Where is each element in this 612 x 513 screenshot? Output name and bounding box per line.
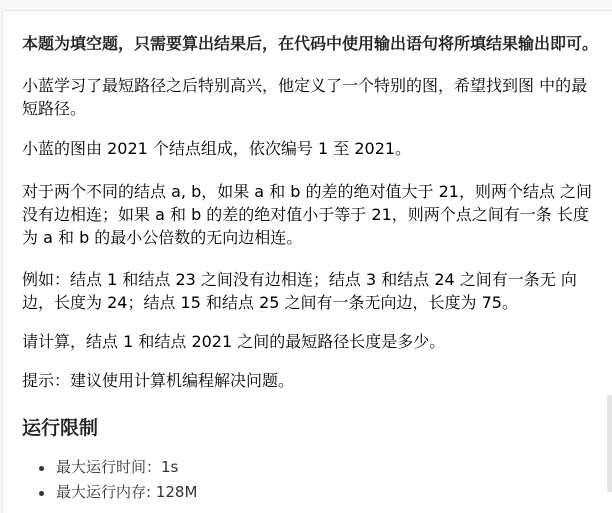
fill-in-note: 本题为填空题，只需要算出结果后，在代码中使用输出语句将所填结果输出即可。 [22, 31, 598, 54]
problem-paragraph-intro: 小蓝学习了最短路径之后特别高兴，他定义了一个特别的图，希望找到图 中的最短路径。 [22, 73, 600, 119]
scrollbar[interactable] [607, 395, 612, 492]
problem-paragraph-hint: 提示：建议使用计算机编程解决问题。 [22, 368, 600, 391]
problem-paragraph-edges: 对于两个不同的结点 a, b，如果 a 和 b 的差的绝对值大于 21，则两个结… [22, 179, 600, 248]
problem-panel: 本题为填空题，只需要算出结果后，在代码中使用输出语句将所填结果输出即可。 小蓝学… [2, 10, 612, 513]
limit-time: 最大运行时间：1s [56, 455, 596, 480]
limits-list: 最大运行时间：1s 最大运行内存: 128M [22, 455, 596, 505]
limits-heading: 运行限制 [22, 413, 98, 440]
problem-paragraph-nodes: 小蓝的图由 2021 个结点组成，依次编号 1 至 2021。 [22, 136, 600, 159]
limit-memory: 最大运行内存: 128M [56, 480, 596, 505]
problem-paragraph-question: 请计算，结点 1 和结点 2021 之间的最短路径长度是多少。 [22, 329, 600, 352]
problem-paragraph-example: 例如：结点 1 和结点 23 之间没有边相连；结点 3 和结点 24 之间有一条… [22, 267, 600, 313]
